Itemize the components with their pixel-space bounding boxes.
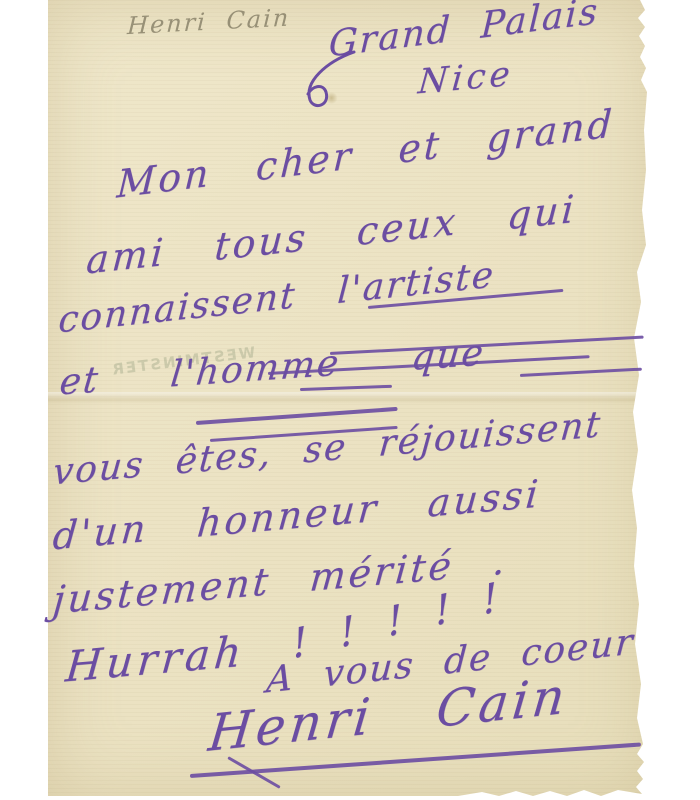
- letter-scan: WESTMINSTER Henri Cain Grand Palais Nice…: [0, 0, 700, 800]
